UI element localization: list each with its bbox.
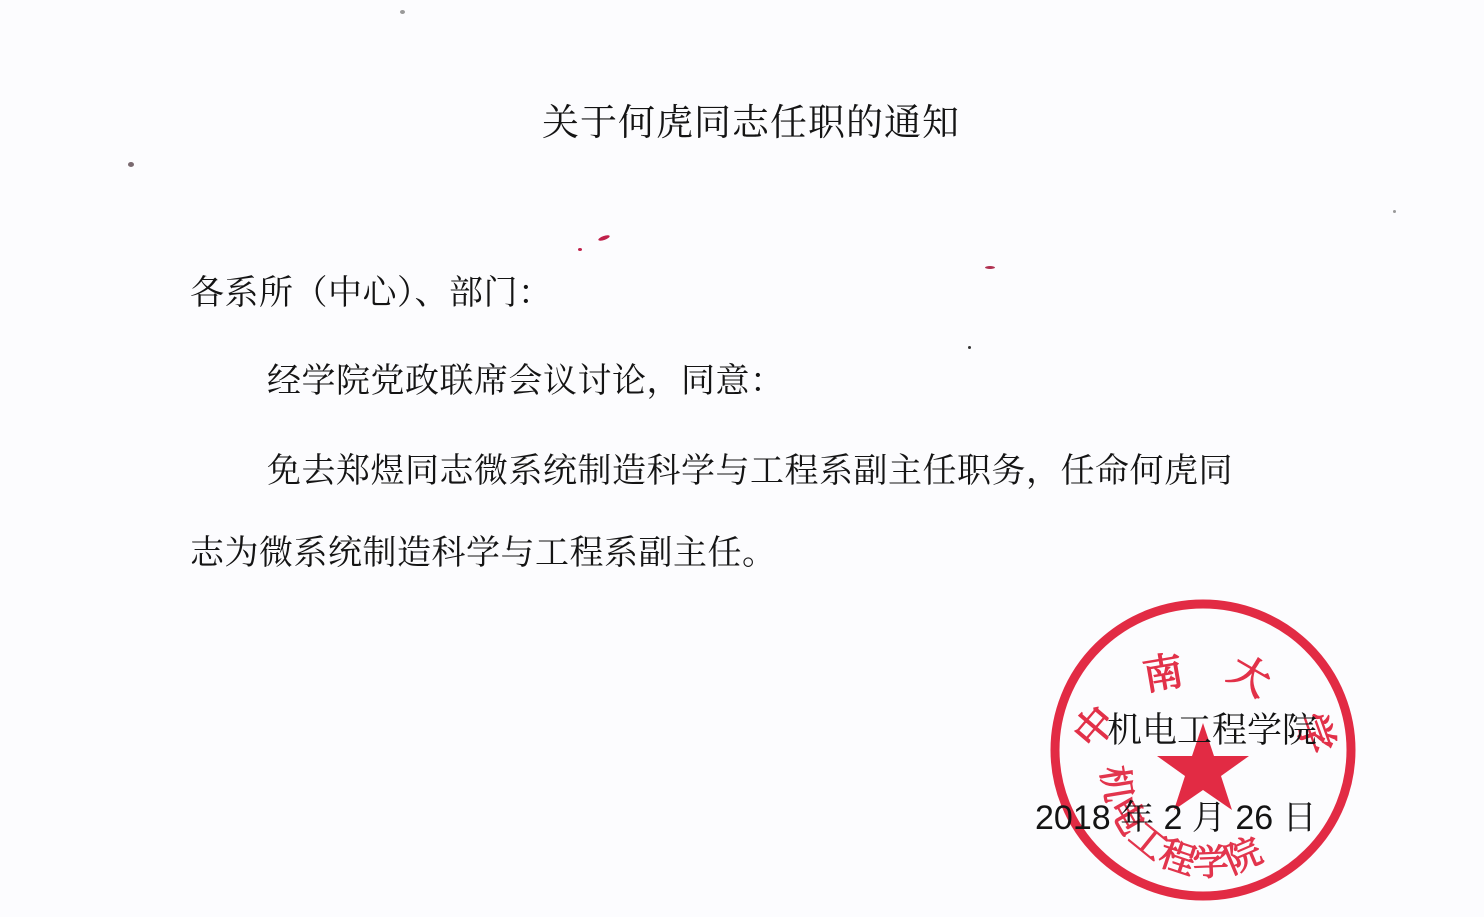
scan-speck <box>400 10 405 14</box>
paragraph-body-line-1: 免去郑煜同志微系统制造科学与工程系副主任职务，任命何虎同 <box>267 443 1233 492</box>
scan-speck <box>128 162 134 167</box>
scan-speck <box>598 234 611 242</box>
paragraph-body-line-2: 志为微系统制造科学与工程系副主任。 <box>190 525 777 574</box>
scan-speck <box>968 346 971 349</box>
paragraph-intro: 经学院党政联席会议讨论，同意： <box>267 353 785 402</box>
document-page: 关于何虎同志任职的通知 各系所（中心）、部门： 经学院党政联席会议讨论，同意： … <box>0 0 1484 917</box>
scan-speck <box>1393 210 1396 213</box>
document-title: 关于何虎同志任职的通知 <box>542 92 960 146</box>
issue-date: 2018 年 2 月 26 日 <box>1035 790 1317 839</box>
issuer-signature: 机电工程学院 <box>1107 703 1317 753</box>
scan-speck <box>578 248 582 251</box>
salutation: 各系所（中心）、部门： <box>190 265 553 314</box>
scan-speck <box>985 266 995 269</box>
